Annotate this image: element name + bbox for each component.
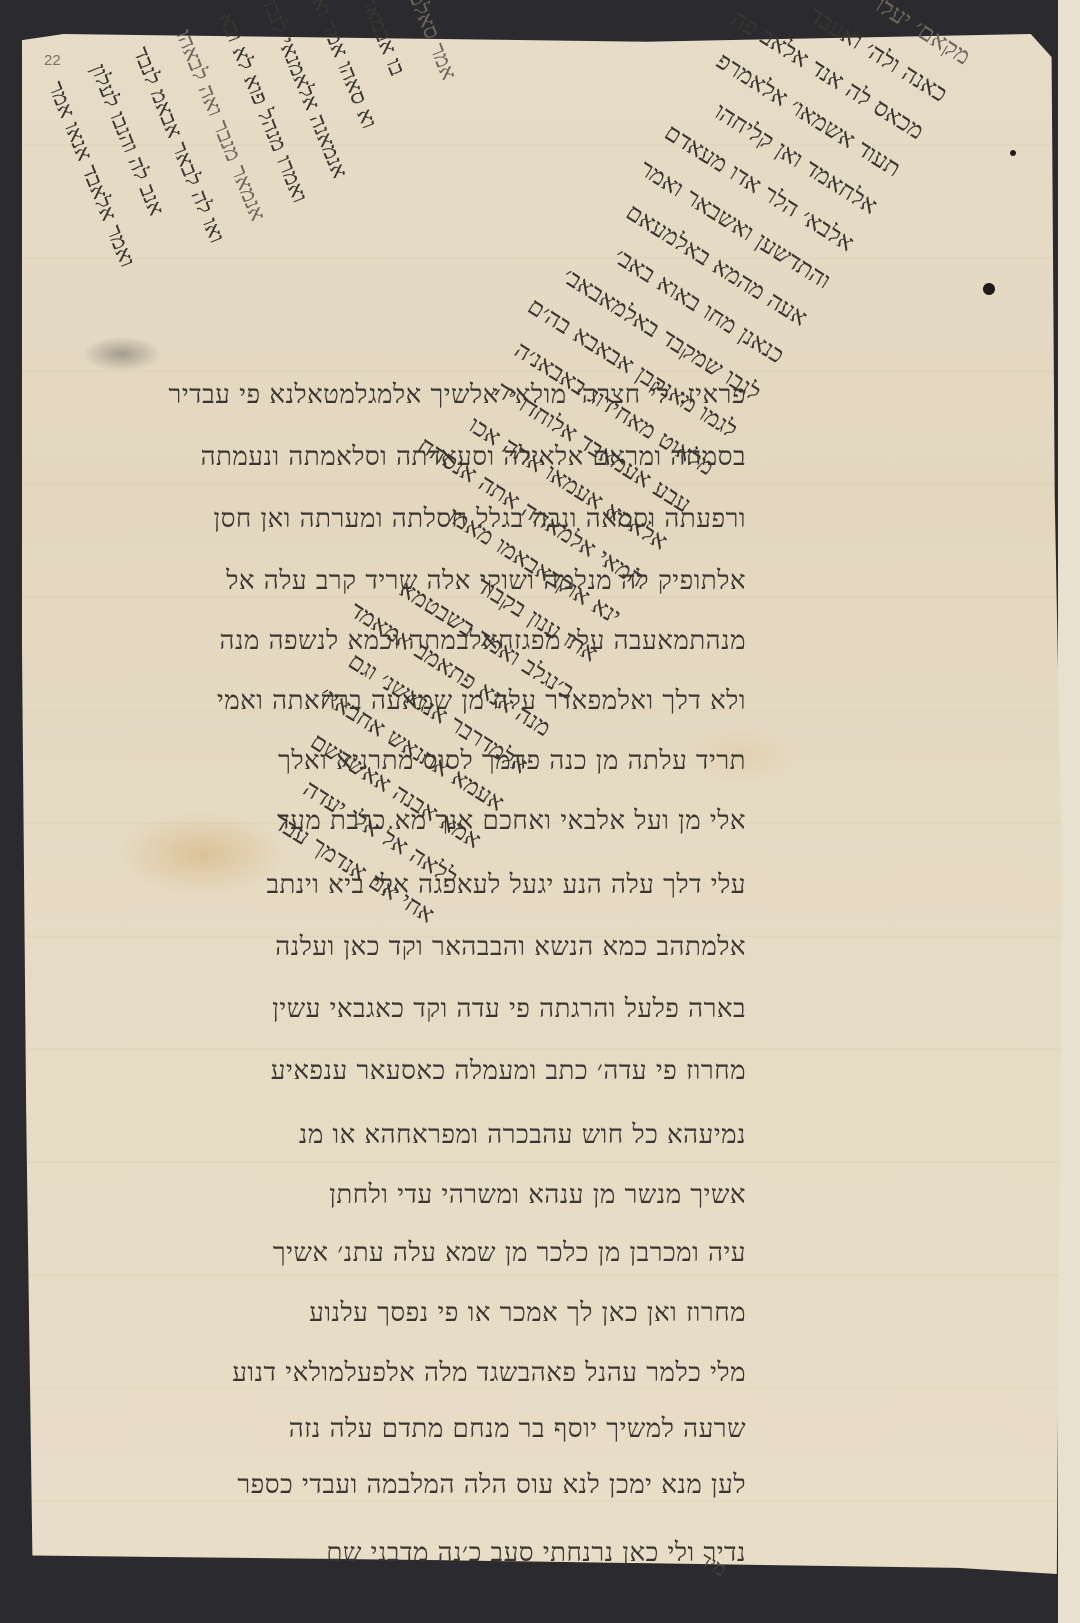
ink-blot xyxy=(1010,150,1016,156)
main-text-line: שרעה למשיך יוסף בר מנחם מתדם עלה נזה xyxy=(289,1416,746,1442)
main-text-line: בארה פלעל והרגתה פי עדה וקד כאגבאי עשין xyxy=(272,996,746,1022)
main-text-line: אשיך מנשר מן ענהא ומשרהי עדי ולחתן xyxy=(329,1182,746,1208)
main-text-line: לען מנא ימכן לנא עוס הלה המלבמה ועבדי כס… xyxy=(237,1472,746,1498)
main-text-line: מלי כלמר עהנל פאהבשגד מלה אלפעלמולאי דנו… xyxy=(232,1360,746,1386)
main-text-line: אלמתהב כמא הנשא והבבהאר וקד כאן ועלנה xyxy=(275,934,746,960)
ink-blot xyxy=(983,283,995,295)
main-text-line: נמיעהא כל חוש עהבכרה ומפראחהא או מנ xyxy=(299,1122,746,1148)
folio-number: 22 xyxy=(44,52,61,69)
main-text-line: מחרוז פי עדה׳ כתב ומעמלה כאסעאר ענפאיע xyxy=(271,1058,746,1084)
main-text-line: נדיר ולי כאן נרנחתי סעב כ׳נה מדבני שם xyxy=(326,1540,746,1566)
backing-paper-strip xyxy=(1058,0,1080,1623)
main-text-line: עיה ומכרבן מן כלכר מן שמא עלה עתנ׳ אשיך xyxy=(273,1240,746,1266)
main-text-line: מחרוז ואן כאן לך אמכר או פי נפסך עלנוע xyxy=(309,1300,746,1326)
